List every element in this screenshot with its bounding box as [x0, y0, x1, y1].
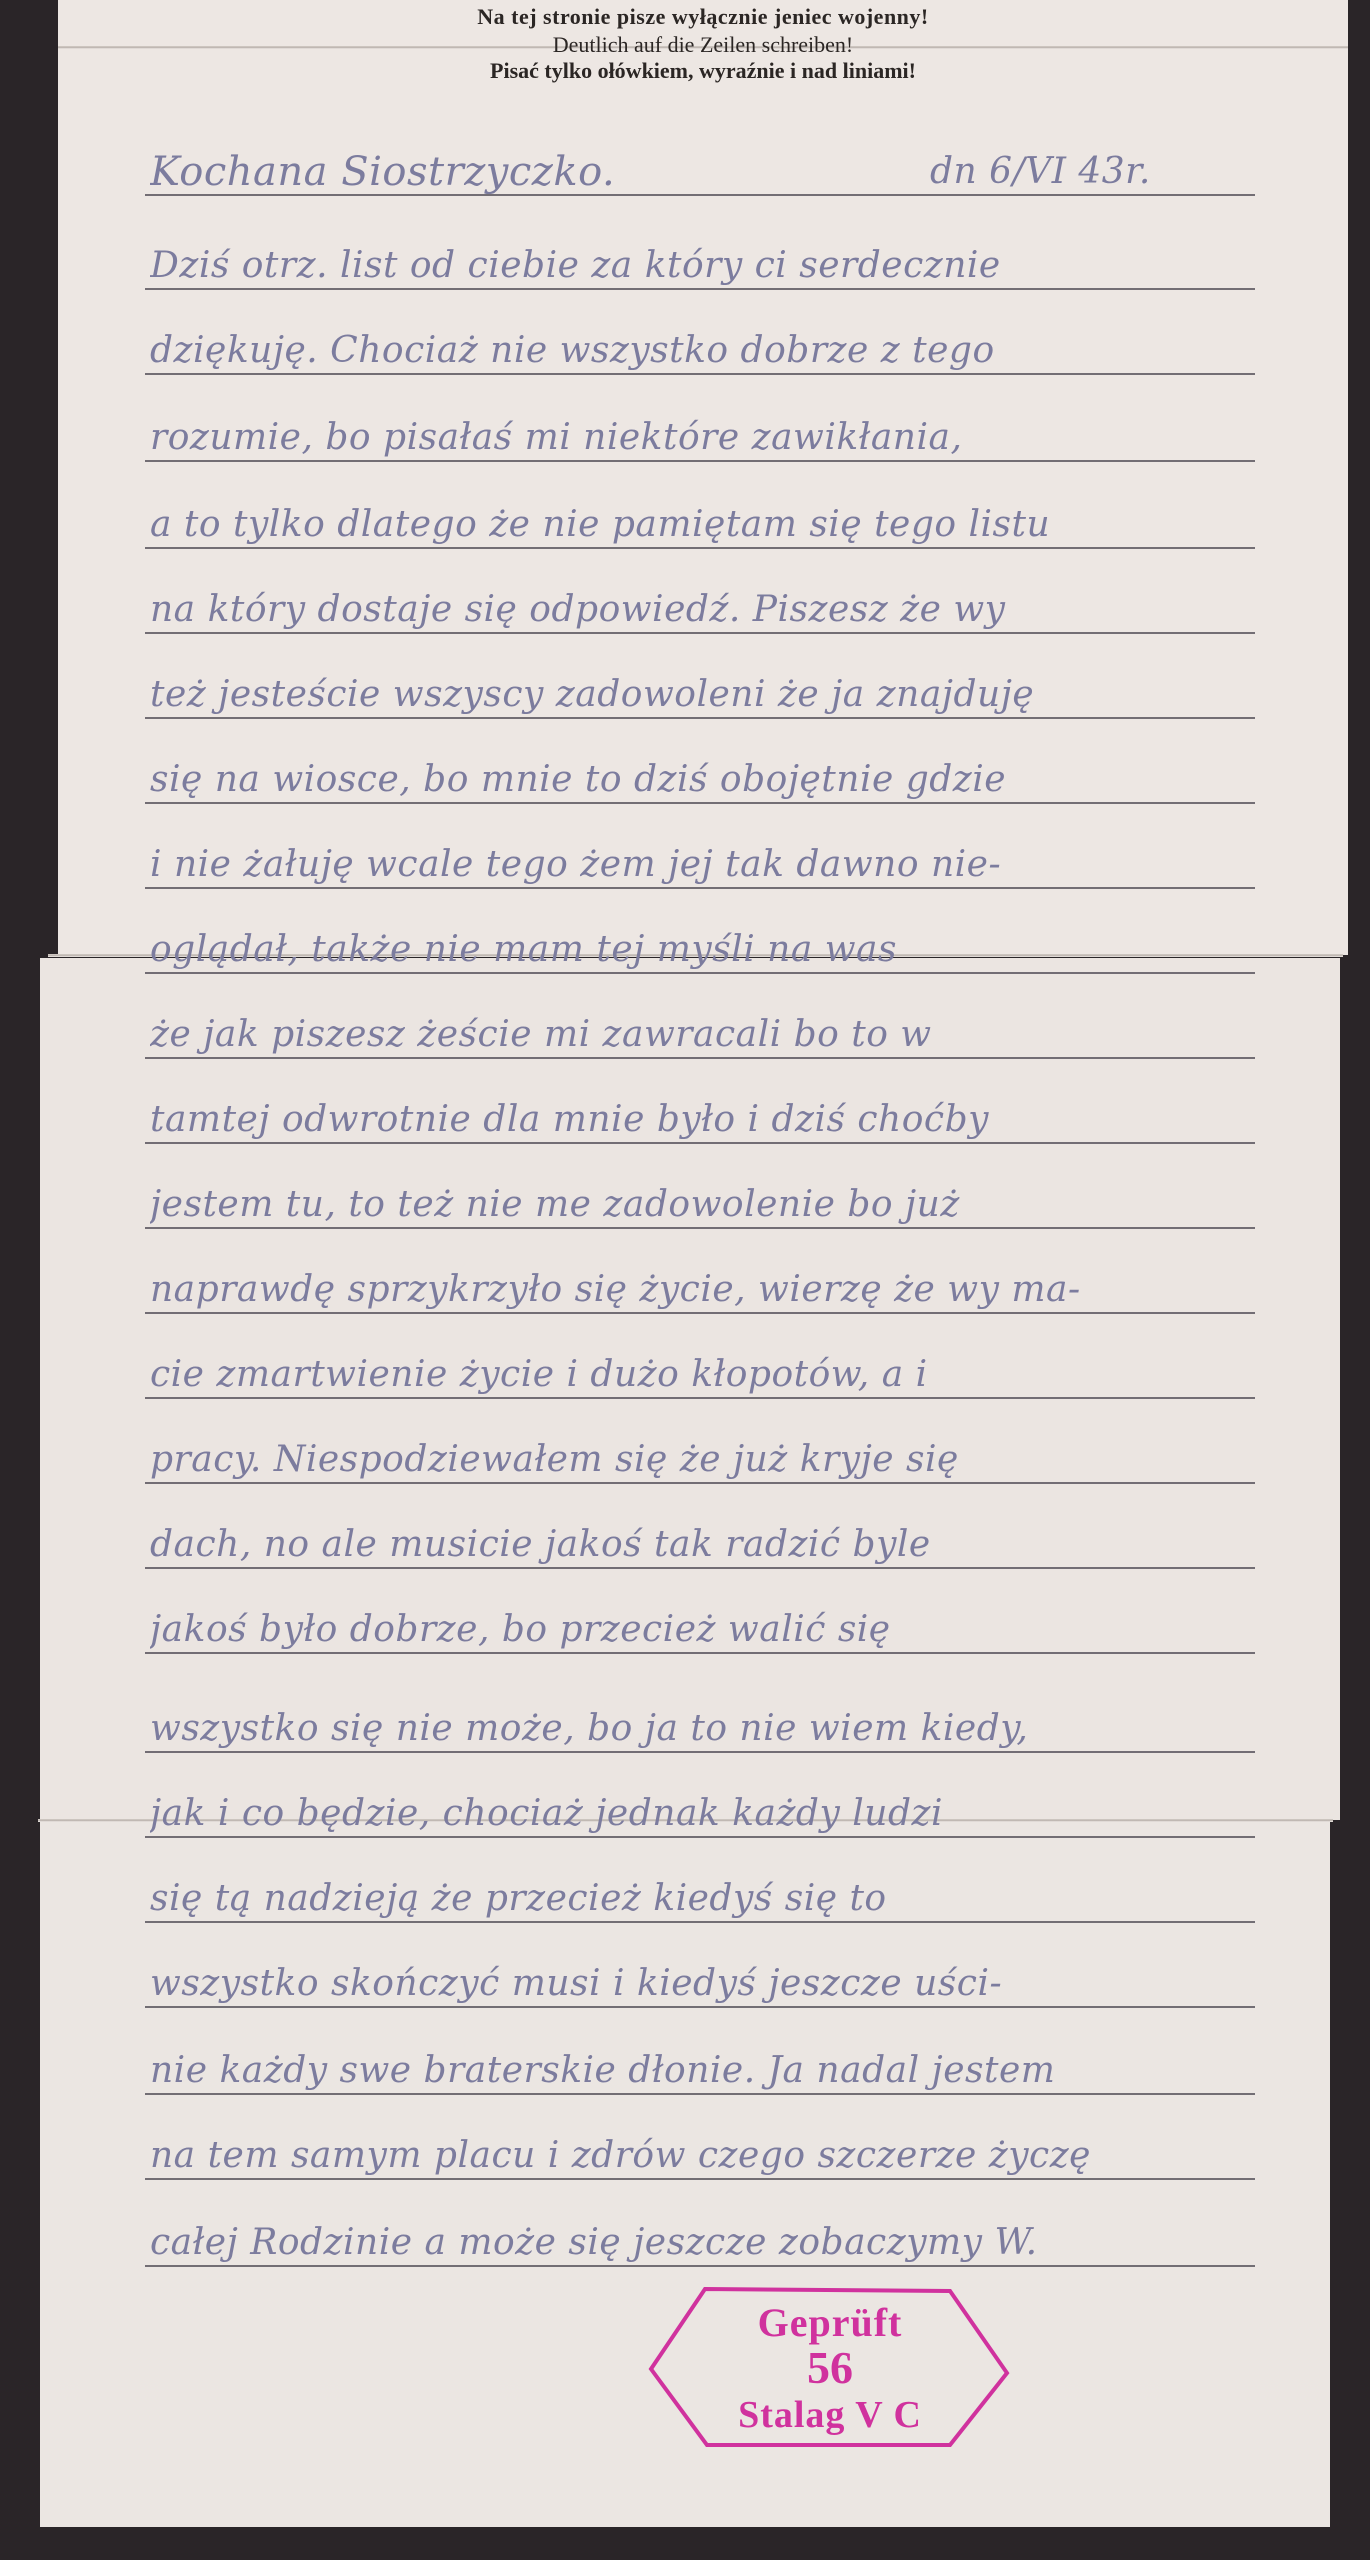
letter-line: dach, no ale musicie jakoś tak radzić by…: [150, 1525, 1250, 1565]
header-line-german-notice: Deutlich auf die Zeilen schreiben!: [58, 32, 1348, 58]
salutation-line: Kochana Siostrzyczko. dn 6/VI 43r.: [150, 152, 1250, 194]
stamp-camp-name: Stalag V C: [645, 2393, 1015, 2437]
letter-line: wszystko skończyć musi i kiedyś jeszcze …: [150, 1964, 1250, 2004]
letter-line: nie każdy swe braterskie dłonie. Ja nada…: [150, 2051, 1250, 2091]
letter-line: się na wiosce, bo mnie to dziś obojętnie…: [150, 760, 1250, 800]
letter-line: się tą nadzieją że przecież kiedyś się t…: [150, 1879, 1250, 1919]
letter-line: też jesteście wszyscy zadowoleni że ja z…: [150, 675, 1250, 715]
letter-line: na tem samym placu i zdrów czego szczerz…: [150, 2136, 1250, 2176]
letter-line: całej Rodzinie a może się jeszcze zobacz…: [150, 2223, 1250, 2263]
header-line-pencil-notice: Pisać tylko ołówkiem, wyraźnie i nad lin…: [58, 58, 1348, 84]
letter-line: i nie żałuję wcale tego żem jej tak dawn…: [150, 845, 1250, 885]
letter-line: rozumie, bo pisałaś mi niektóre zawikłan…: [150, 418, 1250, 458]
salutation: Kochana Siostrzyczko.: [150, 152, 615, 194]
letter-line: tamtej odwrotnie dla mnie było i dziś ch…: [150, 1100, 1250, 1140]
letter-date: dn 6/VI 43r.: [930, 152, 1151, 192]
printed-header: Na tej stronie pisze wyłącznie jeniec wo…: [58, 2, 1348, 84]
stamp-number: 56: [645, 2341, 1015, 2394]
letter-line: cie zmartwienie życie i dużo kłopotów, a…: [150, 1355, 1250, 1395]
letter-line: a to tylko dlatego że nie pamiętam się t…: [150, 505, 1250, 545]
stamp-gepruft: Geprüft: [645, 2299, 1015, 2346]
letter-line: jestem tu, to też nie me zadowolenie bo …: [150, 1185, 1250, 1225]
letter-line: że jak piszesz żeście mi zawracali bo to…: [150, 1015, 1250, 1055]
letter-line: wszystko się nie może, bo ja to nie wiem…: [150, 1709, 1250, 1749]
letter-line: na który dostaje się odpowiedź. Piszesz …: [150, 590, 1250, 630]
censor-stamp: Geprüft 56 Stalag V C: [645, 2285, 1015, 2450]
letter-line: naprawdę sprzykrzyło się życie, wierzę ż…: [150, 1270, 1250, 1310]
letter-line: oglądał, także nie mam tej myśli na was: [150, 930, 1250, 970]
header-line-polish-notice: Na tej stronie pisze wyłącznie jeniec wo…: [58, 2, 1348, 32]
letter-line: Dziś otrz. list od ciebie za który ci se…: [150, 246, 1250, 286]
letter-line: jakoś było dobrze, bo przecież walić się: [150, 1610, 1250, 1650]
letter-line: jak i co będzie, chociaż jednak każdy lu…: [150, 1794, 1250, 1834]
letter-line: dziękuję. Chociaż nie wszystko dobrze z …: [150, 331, 1250, 371]
paper-panel-top: [58, 0, 1348, 955]
letter-line: pracy. Niespodziewałem się że już kryje …: [150, 1440, 1250, 1480]
